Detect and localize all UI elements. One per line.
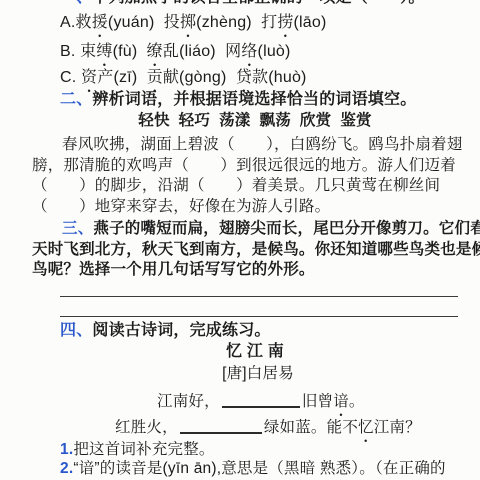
option-a-text: (yuán) 投 — [108, 14, 180, 31]
poem-line-1-post: 旧曾 — [302, 393, 333, 410]
section-3-line-2: 天时飞到北方，秋天飞到南方，是候鸟。你还知道哪些鸟类也是候 — [32, 241, 480, 259]
option-b-text: (fù) — [113, 43, 147, 60]
option-a-text: A.救 — [60, 14, 92, 31]
option-c-text: 款(huò) — [252, 69, 307, 86]
subquestion-2-number: 2. — [60, 460, 73, 477]
subquestion-2: 2.“谙”的读音是(yīn ān),意思是（黑暗 熟悉）。（在正确的 — [60, 460, 446, 478]
option-c-text: 献(gòng) — [163, 69, 236, 86]
poem-line-2-end: 江南？ — [374, 419, 421, 436]
poem-line-2-pre: 红胜火， — [115, 419, 178, 436]
section-4-header: 四、阅读古诗词，完成练习。 — [60, 322, 271, 340]
option-a-text: (zhèng) 打 — [196, 14, 277, 31]
answer-rule-line-2 — [60, 316, 458, 317]
option-a-dotted-char-1: 援 — [92, 14, 108, 32]
passage-line-2: 膀，那清脆的欢鸣声（ ）到很远很远的地方。游人们迈着 — [32, 157, 456, 175]
option-b-text: (luò) — [258, 43, 291, 60]
subquestion-1-number: 1. — [60, 441, 73, 458]
passage-line-3: （ ）的脚步，沿湖（ ）着美景。几只黄莺在柳丝间 — [32, 177, 440, 195]
option-c-text: C. — [60, 69, 81, 86]
passage-line-4: （ ）地穿来穿去，好像在为游人引路。 — [32, 198, 330, 216]
subquestion-1: 1.把这首词补充完整。 — [60, 441, 215, 459]
option-b-line: B. 束缚(fù) 缭乱(liáo) 网络(luò) — [60, 43, 291, 61]
option-c-dotted-char-1: 资 — [81, 69, 97, 87]
option-b-dotted-char-1: 缚 — [96, 43, 112, 61]
poem-line-2-post: 绿如蓝。能不 — [264, 419, 358, 436]
section-2-header: 二、辨析词语，并根据语境选择恰当的词语填空。 — [60, 91, 416, 109]
option-c-text: 产(zī) — [97, 69, 146, 86]
poem-line-1: 江南好，旧曾谙。 — [157, 392, 365, 411]
option-c-dotted-char-3: 贷 — [236, 69, 252, 87]
option-c-line: C. 资产(zī) 贡献(gòng) 贷款(huò) — [60, 69, 307, 87]
option-b-dotted-char-3: 络 — [241, 43, 257, 61]
poem-blank-1 — [222, 392, 300, 408]
poem-line-1-pre: 江南好， — [157, 393, 220, 410]
section-3-text: 燕子的嘴短而扁，翅膀尖而长，尾巴分开像剪刀。它们春 — [93, 220, 480, 237]
section-3-line-3: 鸟呢？选择一个用几句话写写它的外形。 — [32, 261, 315, 279]
poem-blank-2 — [180, 418, 262, 434]
poem-line-1-dotted-char: 谙 — [333, 393, 349, 411]
poem-line-2-dotted-char: 忆 — [358, 419, 374, 437]
option-a-line: A.救援(yuán) 投掷(zhèng) 打捞(lāo) — [60, 14, 327, 32]
poem-line-2: 红胜火，绿如蓝。能不忆江南？ — [115, 418, 421, 437]
section-2-number: 二、 — [60, 91, 92, 108]
poem-title: 忆 江 南 — [0, 343, 480, 361]
option-c-dotted-char-2: 贡 — [147, 69, 163, 87]
subquestion-1-text: 把这首词补充完整。 — [73, 441, 214, 458]
section-4-number: 四、 — [60, 322, 92, 339]
word-bank: 轻快 轻巧 荡漾 飘荡 欣赏 鉴赏 — [0, 112, 480, 130]
poem-author: [唐]白居易 — [0, 365, 480, 383]
option-b-text: 乱(liáo) 网 — [163, 43, 241, 60]
subquestion-2-text: “谙”的读音是(yīn ān),意思是（黑暗 熟悉）。（在正确的 — [73, 460, 445, 477]
section-1-header-clipped: 一、下列加点字的读音全部正确的一项是（ ）。 — [60, 0, 425, 7]
option-a-dotted-char-3: 捞 — [277, 14, 293, 32]
section-3-number: 三、 — [62, 220, 93, 237]
answer-rule-line-1 — [60, 296, 458, 297]
worksheet-page: 一、下列加点字的读音全部正确的一项是（ ）。 A.救援(yuán) 投掷(zhè… — [0, 0, 480, 480]
option-b-dotted-char-2: 缭 — [147, 43, 163, 61]
poem-line-1-end: 。 — [349, 393, 365, 410]
section-4-title: 阅读古诗词，完成练习。 — [92, 322, 270, 339]
option-a-dotted-char-2: 掷 — [180, 14, 196, 32]
section-2-title: 辨析词语，并根据语境选择恰当的词语填空。 — [92, 91, 416, 108]
section-3-line-1: 三、燕子的嘴短而扁，翅膀尖而长，尾巴分开像剪刀。它们春 — [62, 220, 480, 238]
passage-line-1: 春风吹拂，湖面上碧波（ ），白鸥纷飞。鸥鸟扑扇着翅 — [62, 136, 462, 154]
option-a-text: (lāo) — [294, 14, 327, 31]
section-1-header-text: 下列加点字的读音全部正确的一项是（ ）。 — [92, 0, 424, 6]
option-b-text: B. 束 — [60, 43, 96, 60]
section-1-number: 一、 — [60, 0, 92, 6]
